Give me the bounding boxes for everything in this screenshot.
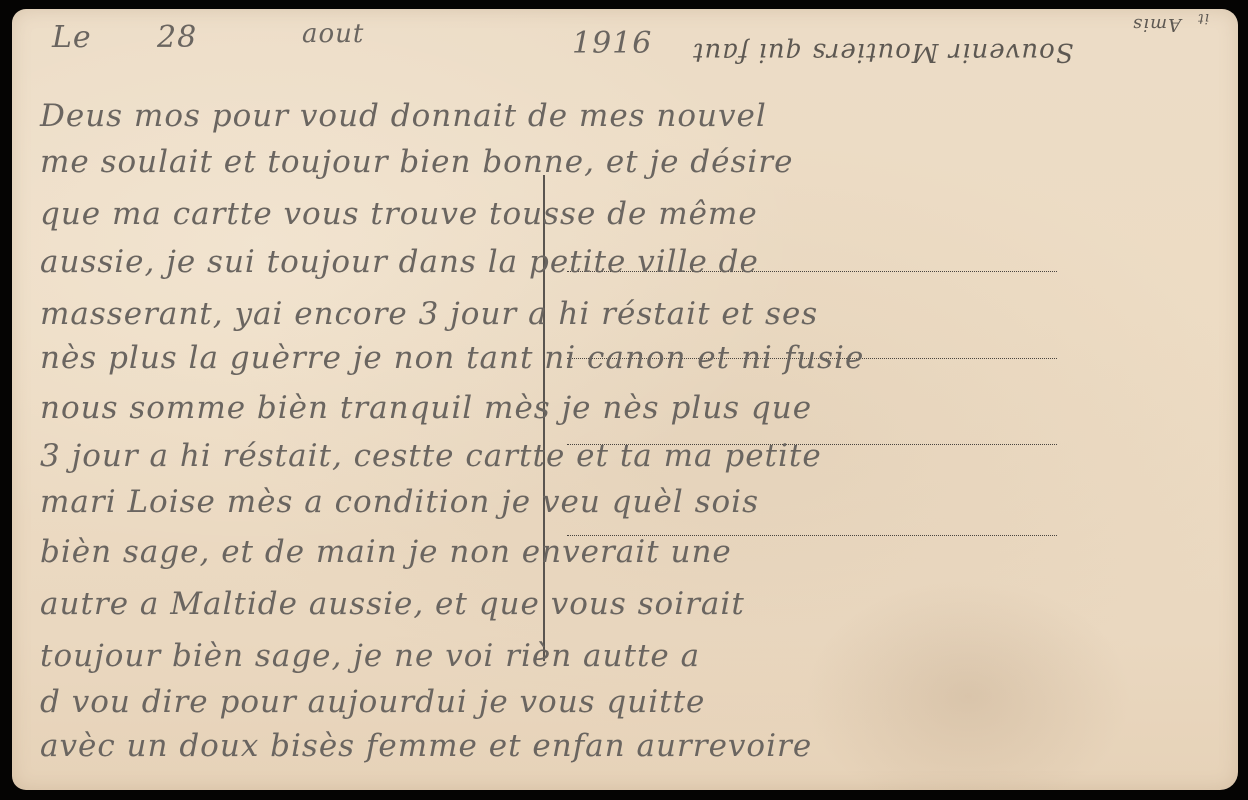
upside-down-note-line1: Souvenir Moutiers qui faut	[692, 39, 1074, 65]
date-le: Le	[52, 23, 92, 53]
message-line-4: aussie, je sui toujour dans la petite vi…	[40, 247, 759, 278]
date-day: 28	[157, 23, 197, 53]
message-line-8: 3 jour a hi réstait, cestte cartte et ta…	[40, 441, 822, 472]
message-line-7: nous somme bièn tranquil mès je nès plus…	[40, 393, 812, 424]
message-line-2: me soulait et toujour bien bonne, et je …	[40, 147, 793, 178]
message-line-11: autre a Maltide aussie, et que vous soir…	[40, 589, 745, 620]
message-line-9: mari Loise mès a condition je veu quèl s…	[40, 487, 759, 518]
message-line-14: avèc un doux bisès femme et enfan aurrev…	[40, 731, 812, 762]
postcard: Le 28 aout 1916 Souvenir Moutiers qui fa…	[12, 9, 1238, 790]
date-year: 1916	[572, 29, 652, 59]
upside-down-note-line2: Amis	[1132, 15, 1181, 33]
message-line-3: que ma cartte vous trouve tousse de même	[40, 199, 758, 230]
corner-mark: it	[1197, 11, 1209, 25]
message-line-5: masserant, yai encore 3 jour a hi réstai…	[40, 299, 818, 330]
message-line-13: d vou dire pour aujourdui je vous quitte	[40, 687, 705, 718]
message-line-6: nès plus la guèrre je non tant ni canon …	[40, 343, 864, 374]
date-month: aout	[302, 21, 364, 47]
message-line-1: Deus mos pour voud donnait de mes nouvel	[40, 101, 767, 132]
message-line-12: toujour bièn sage, je ne voi rièn autte …	[40, 641, 700, 672]
message-line-10: bièn sage, et de main je non enverait un…	[40, 537, 732, 568]
